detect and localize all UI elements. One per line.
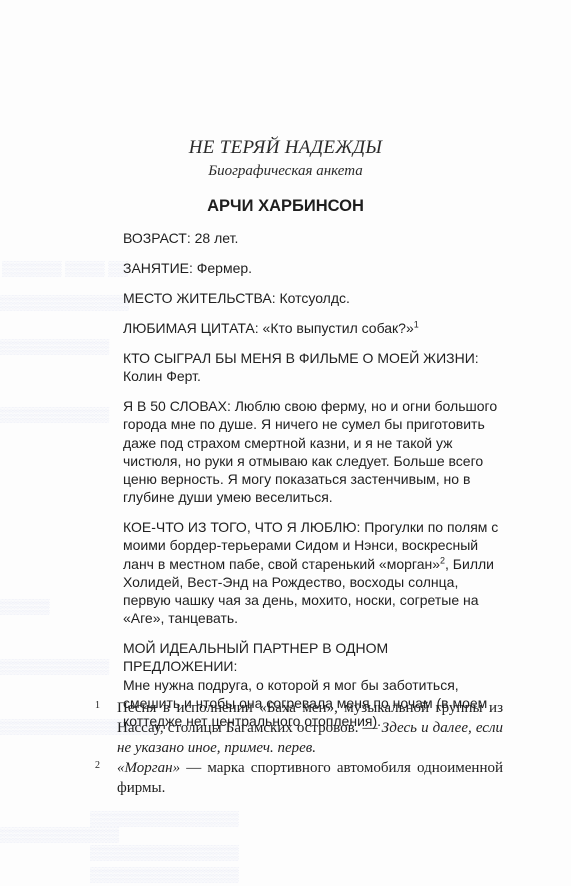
field-label: КОЕ-ЧТО ИЗ ТОГО, ЧТО Я ЛЮБЛЮ: — [123, 519, 360, 535]
field-movie-actor: КТО СЫГРАЛ БЫ МЕНЯ В ФИЛЬМЕ О МОЕЙ ЖИЗНИ… — [123, 349, 501, 385]
field-residence: МЕСТО ЖИТЕЛЬСТВА: Котсуолдс. — [123, 289, 501, 307]
field-likes: КОЕ-ЧТО ИЗ ТОГО, ЧТО Я ЛЮБЛЮ: Прогулки п… — [123, 518, 501, 627]
field-value: Фермер. — [193, 260, 252, 276]
field-label: ВОЗРАСТ: — [123, 230, 191, 246]
bleed-through: ▒▒▒▒▒▒▒▒▒▒▒▒▒ — [0, 296, 129, 312]
page-title: НЕ ТЕРЯЙ НАДЕЖДЫ — [0, 137, 571, 159]
field-label: Я В 50 СЛОВАХ: — [123, 398, 231, 414]
bleed-through: ▒▒▒▒▒▒▒▒▒▒▒ — [0, 408, 109, 424]
field-favorite-quote: ЛЮБИМАЯ ЦИТАТА: «Кто выпустил собак?»1 — [123, 319, 501, 337]
questionnaire-body: ВОЗРАСТ: 28 лет. ЗАНЯТИЕ: Фермер. МЕСТО … — [123, 229, 501, 742]
footnote-ref[interactable]: 1 — [414, 319, 419, 329]
field-value: 28 лет. — [191, 230, 239, 246]
field-value: Котсуолдс. — [276, 290, 350, 306]
field-value: Люблю свою ферму, но и огни большого гор… — [123, 398, 497, 505]
field-label: МЕСТО ЖИТЕЛЬСТВА: — [123, 290, 276, 306]
bleed-through: ▒▒▒▒▒▒▒▒▒▒▒ — [0, 660, 109, 676]
footnote-text: «Морган» — марка спортивного автомобиля … — [117, 758, 503, 798]
bleed-through: ▒▒▒▒▒▒▒▒▒▒▒▒ — [0, 828, 119, 844]
footnotes: 1 Песня в исполнении «Баха мен», музыкал… — [95, 698, 503, 798]
page-subtitle: Биографическая анкета — [0, 163, 571, 180]
field-label: ЗАНЯТИЕ: — [123, 260, 193, 276]
footnote-italic: «Морган» — [117, 760, 180, 776]
footnote-2: 2 «Морган» — марка спортивного автомобил… — [95, 758, 503, 798]
field-value: «Кто выпустил собак?» — [259, 320, 414, 336]
field-occupation: ЗАНЯТИЕ: Фермер. — [123, 259, 501, 277]
footnote-1: 1 Песня в исполнении «Баха мен», музыкал… — [95, 698, 503, 758]
field-value: Колин Ферт. — [123, 368, 201, 384]
field-age: ВОЗРАСТ: 28 лет. — [123, 229, 501, 247]
field-label: ЛЮБИМАЯ ЦИТАТА: — [123, 320, 259, 336]
bleed-through: ▒▒▒▒▒▒▒▒▒▒▒▒▒▒▒ — [90, 812, 239, 828]
footnote-text: Песня в исполнении «Баха мен», музыкальн… — [117, 698, 503, 758]
footnote-number: 1 — [95, 698, 117, 758]
bleed-through: ▒▒▒▒▒▒▒▒▒▒▒ — [0, 340, 109, 356]
bleed-through: ▒▒▒▒▒ — [0, 600, 50, 616]
field-50-words: Я В 50 СЛОВАХ: Люблю свою ферму, но и ог… — [123, 397, 501, 506]
bleed-through: ▒▒▒▒▒▒▒▒▒▒▒▒▒▒▒ — [90, 868, 239, 884]
footnote-number: 2 — [95, 758, 117, 798]
bleed-through: ▒▒▒▒▒▒ ▒▒▒▒ ▒▒ — [2, 262, 128, 278]
field-label: КТО СЫГРАЛ БЫ МЕНЯ В ФИЛЬМЕ О МОЕЙ ЖИЗНИ… — [123, 350, 479, 366]
bleed-through: ▒▒▒▒▒▒▒▒▒▒▒▒▒▒▒ — [90, 846, 239, 862]
profile-name: АРЧИ ХАРБИНСОН — [0, 197, 571, 216]
field-label: МОЙ ИДЕАЛЬНЫЙ ПАРТНЕР В ОДНОМ ПРЕДЛОЖЕНИ… — [123, 640, 388, 674]
